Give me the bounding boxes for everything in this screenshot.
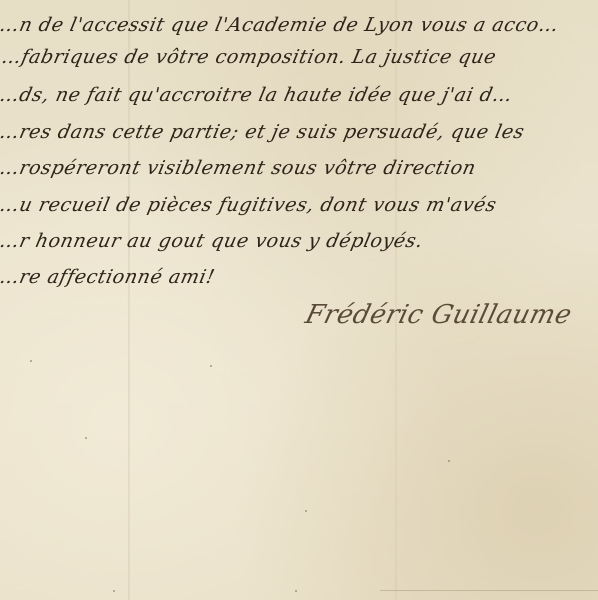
letter-line-2: …fabriques de vôtre composition. La just…: [0, 46, 498, 68]
letter-line-3: …ds, ne fait qu'accroitre la haute idée …: [0, 84, 515, 106]
letter-line-5: …rospéreront visiblement sous vôtre dire…: [0, 157, 478, 179]
signature: Frédéric Guillaume: [302, 300, 575, 330]
letter-body: …n de l'accessit que l'Academie de Lyon …: [0, 0, 598, 600]
letter-line-6: …u recueil de pièces fugitives, dont vou…: [0, 194, 499, 216]
letter-line-8: …re affectionné ami!: [0, 266, 217, 288]
letter-line-4: …res dans cette partie; et je suis persu…: [0, 121, 527, 143]
letter-line-1: …n de l'accessit que l'Academie de Lyon …: [0, 14, 561, 36]
letter-line-7: …r honneur au gout que vous y déployés.: [0, 230, 425, 252]
